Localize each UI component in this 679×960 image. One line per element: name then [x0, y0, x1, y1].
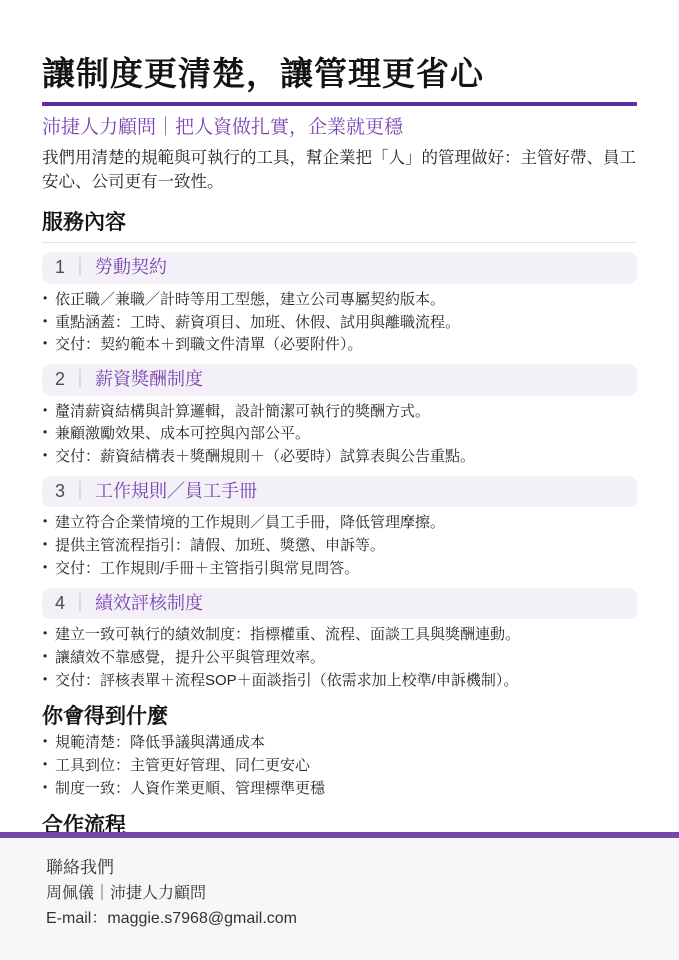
bullet-item: 依正職／兼職／計時等用工型態，建立公司專屬契約版本。: [42, 290, 637, 310]
service-number: 1: [55, 257, 65, 277]
service-title: 薪資獎酬制度: [95, 369, 203, 389]
bullet-item: 提供主管流程指引：請假、加班、獎懲、申訴等。: [42, 536, 637, 556]
service-bullet-list: 建立一致可執行的績效制度：指標權重、流程、面談工具與獎酬連動。 讓績效不靠感覺，…: [42, 625, 637, 690]
bullet-item: 建立一致可執行的績效制度：指標權重、流程、面談工具與獎酬連動。: [42, 625, 637, 645]
bullet-item: 工具到位：主管更好管理、同仁更安心: [42, 756, 637, 776]
contact-footer: 聯絡我們 周佩儀｜沛捷人力顧問 E-mail：maggie.s7968@gmai…: [0, 832, 679, 960]
service-title: 績效評核制度: [95, 593, 203, 613]
service-title-bar: 1｜勞動契約: [42, 252, 637, 283]
bullet-item: 讓績效不靠感覺，提升公平與管理效率。: [42, 648, 637, 668]
footer-person: 周佩儀｜沛捷人力顧問: [46, 882, 637, 907]
bullet-item: 制度一致：人資作業更順、管理標準更穩: [42, 779, 637, 799]
service-number: 3: [55, 481, 65, 501]
intro-paragraph: 我們用清楚的規範與可執行的工具，幫企業把「人」的管理做好：主管好帶、員工安心、公…: [42, 146, 637, 196]
separator-bar: ｜: [71, 593, 89, 613]
service-title-bar: 4｜績效評核制度: [42, 588, 637, 619]
service-card-1: 1｜勞動契約 依正職／兼職／計時等用工型態，建立公司專屬契約版本。 重點涵蓋：工…: [42, 252, 637, 355]
brand-tagline: 沛捷人力顧問｜把人資做扎實，企業就更穩: [42, 116, 637, 140]
flyer-page: 讓制度更清楚，讓管理更省心 沛捷人力顧問｜把人資做扎實，企業就更穩 我們用清楚的…: [0, 0, 679, 960]
separator-bar: ｜: [71, 369, 89, 389]
service-bullet-list: 建立符合企業情境的工作規則／員工手冊，降低管理摩擦。 提供主管流程指引：請假、加…: [42, 513, 637, 578]
service-number: 2: [55, 369, 65, 389]
bullet-item: 交付：薪資結構表＋獎酬規則＋（必要時）試算表與公告重點。: [42, 447, 637, 467]
bullet-item: 釐清薪資結構與計算邏輯，設計簡潔可執行的獎酬方式。: [42, 402, 637, 422]
service-card-3: 3｜工作規則／員工手冊 建立符合企業情境的工作規則／員工手冊，降低管理摩擦。 提…: [42, 476, 637, 579]
service-title: 勞動契約: [95, 257, 167, 277]
footer-email: E-mail：maggie.s7968@gmail.com: [46, 907, 637, 932]
page-title: 讓制度更清楚，讓管理更省心: [42, 55, 637, 106]
service-card-2: 2｜薪資獎酬制度 釐清薪資結構與計算邏輯，設計簡潔可執行的獎酬方式。 兼顧激勵效…: [42, 364, 637, 467]
bullet-item: 規範清楚：降低爭議與溝通成本: [42, 733, 637, 753]
bullet-item: 重點涵蓋：工時、薪資項目、加班、休假、試用與離職流程。: [42, 313, 637, 333]
service-bullet-list: 依正職／兼職／計時等用工型態，建立公司專屬契約版本。 重點涵蓋：工時、薪資項目、…: [42, 290, 637, 355]
separator-bar: ｜: [71, 481, 89, 501]
bullet-item: 交付：契約範本＋到職文件清單（必要附件）。: [42, 335, 637, 355]
service-card-4: 4｜績效評核制度 建立一致可執行的績效制度：指標權重、流程、面談工具與獎酬連動。…: [42, 588, 637, 691]
service-title-bar: 3｜工作規則／員工手冊: [42, 476, 637, 507]
footer-heading: 聯絡我們: [46, 853, 637, 878]
separator-bar: ｜: [71, 257, 89, 277]
service-title-bar: 2｜薪資獎酬制度: [42, 364, 637, 395]
service-title: 工作規則／員工手冊: [95, 481, 257, 501]
service-number: 4: [55, 593, 65, 613]
benefits-list: 規範清楚：降低爭議與溝通成本 工具到位：主管更好管理、同仁更安心 制度一致：人資…: [42, 733, 637, 798]
service-bullet-list: 釐清薪資結構與計算邏輯，設計簡潔可執行的獎酬方式。 兼顧激勵效果、成本可控與內部…: [42, 402, 637, 467]
main-content: 讓制度更清楚，讓管理更省心 沛捷人力顧問｜把人資做扎實，企業就更穩 我們用清楚的…: [0, 0, 679, 879]
bullet-item: 交付：評核表單＋流程SOP＋面談指引（依需求加上校準/申訴機制）。: [42, 671, 637, 691]
bullet-item: 兼顧激勵效果、成本可控與內部公平。: [42, 424, 637, 444]
section-heading-services: 服務內容: [42, 209, 637, 243]
section-heading-benefits: 你會得到什麼: [42, 703, 637, 730]
bullet-item: 建立符合企業情境的工作規則／員工手冊，降低管理摩擦。: [42, 513, 637, 533]
bullet-item: 交付：工作規則/手冊＋主管指引與常見問答。: [42, 559, 637, 579]
